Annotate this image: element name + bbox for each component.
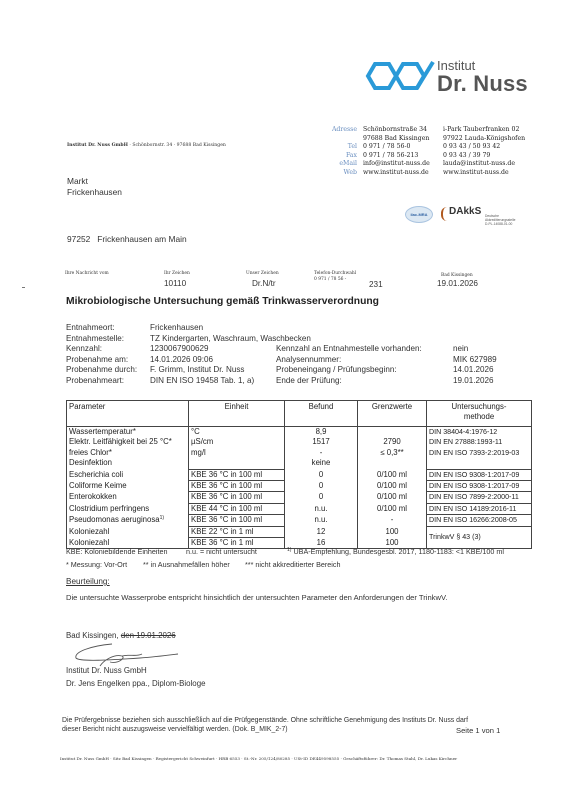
disclaimer-line1: Die Prüfergebnisse beziehen sich ausschl… [62, 716, 532, 725]
assessment-heading: Beurteilung: [66, 577, 110, 586]
contact-label: eMail [325, 160, 357, 169]
hexagon-molecule-icon [365, 58, 435, 94]
institute-logo: Institut Dr. Nuss [365, 56, 555, 98]
our-ref-value: Dr.N/tr [252, 279, 276, 288]
legend-uba-sup: 1) [287, 547, 291, 553]
phone-prefix: 0 971 / 78 56 - [314, 277, 346, 282]
cell-parameter: Pseudomonas aeruginosa1) [67, 515, 189, 526]
footnote-marker: 1) [160, 515, 164, 521]
header-parameter: Parameter [67, 401, 189, 427]
cell-unit: KBE 36 °C in 100 ml [189, 515, 285, 526]
sender-company: Institut Dr. Nuss GmbH [67, 143, 128, 148]
cell-unit: KBE 36 °C in 100 ml [189, 469, 285, 480]
legend-uba: 1) UBA-Empfehlung, Bundesgesbl. 2017, 11… [287, 547, 504, 556]
meta-label: Entnahmeort: [66, 323, 137, 334]
cell-limit: 0/100 ml [358, 492, 427, 503]
cell-unit: °C [189, 427, 285, 438]
logo-line2: Dr. Nuss [437, 71, 528, 97]
cell-parameter: Wassertemperatur* [67, 427, 189, 438]
cell-limit: 2790 [358, 437, 427, 447]
cell-limit [358, 458, 427, 469]
branch-email[interactable]: lauda@institut-nuss.de [443, 160, 563, 169]
signature-place: Bad Kissingen, [66, 631, 121, 640]
meta-label: Kennzahl: [66, 344, 137, 355]
meta-value-code-present: nein [453, 344, 497, 355]
cell-method: DIN 38404-4:1976-12 [427, 427, 532, 438]
header-method: Untersuchungs-methode [427, 401, 532, 427]
company-footer: Institut Dr. Nuss GmbH · Sitz Bad Kissin… [60, 756, 457, 761]
cell-result: keine [285, 458, 358, 469]
cell-parameter: freies Chlor* [67, 448, 189, 458]
cell-parameter: Koloniezahl [67, 526, 189, 537]
assessment-text: Die untersuchte Wasserprobe entspricht h… [66, 593, 447, 602]
branch-fax: 0 93 43 / 39 79 [443, 152, 563, 161]
cell-method: DIN EN ISO 7393-2:2019-03 [427, 448, 532, 458]
signature-company: Institut Dr. Nuss GmbH [66, 666, 147, 675]
dakks-logo: DAkkS [449, 206, 481, 217]
sender-line: Institut Dr. Nuss GmbH · Schönbornstr. 3… [67, 143, 226, 148]
contact-label [325, 135, 357, 144]
meta-label: Ende der Prüfung: [276, 376, 422, 387]
cell-result: 12 [285, 526, 358, 537]
contact-labels: Adresse Tel Fax eMail Web [325, 126, 357, 178]
contact-label: Fax [325, 152, 357, 161]
recipient-line2: Frickenhausen [67, 187, 122, 198]
cell-limit: 0/100 ml [358, 481, 427, 492]
table-row: freies Chlor*mg/l-≤ 0,3**DIN EN ISO 7393… [67, 448, 532, 458]
signature-person: Dr. Jens Engelken ppa., Diplom-Biologe [66, 679, 205, 688]
legend-star1: * Messung: Vor-Ort [66, 560, 127, 569]
your-message-label: Ihre Nachricht vom [65, 271, 109, 276]
cell-method [427, 458, 532, 469]
phone-extension: 231 [369, 280, 383, 289]
letter-date: 19.01.2026 [437, 279, 478, 288]
table-row: EnterokokkenKBE 36 °C in 100 ml00/100 ml… [67, 492, 532, 503]
cell-unit: mg/l [189, 448, 285, 458]
cell-result: n.u. [285, 503, 358, 514]
contact-label: Web [325, 169, 357, 178]
fold-mark [22, 287, 25, 288]
sample-meta-labels: Entnahmeort: Entnahmestelle: Kennzahl: P… [66, 323, 137, 387]
cell-method: DIN EN ISO 9308-1:2017-09 [427, 481, 532, 492]
cell-result: n.u. [285, 515, 358, 526]
branch-office-contact: i-Park Tauberfranken 02 97922 Lauda-Köni… [443, 126, 563, 178]
header-method-line2: methode [464, 412, 494, 421]
table-row: Elektr. Leitfähigkeit bei 25 °C*µS/cm151… [67, 437, 532, 447]
phone-label: Telefon-Durchwahl [314, 271, 356, 276]
cell-parameter: Coliforme Keime [67, 481, 189, 492]
recipient-address: Markt Frickenhausen [67, 176, 122, 198]
sender-address: · Schönbornstr. 34 · 97688 Bad Kissingen [128, 143, 226, 148]
cell-unit: KBE 22 °C in 1 ml [189, 526, 285, 537]
recipient-line1: Markt [67, 176, 122, 187]
dakks-sub3: D-PL-14088-01-00 [485, 222, 515, 226]
cell-result: 8,9 [285, 427, 358, 438]
cell-method: DIN EN 27888:1993-11 [427, 437, 532, 447]
table-header-row: Parameter Einheit Befund Grenzwerte Unte… [67, 401, 532, 427]
dakks-bracket-icon [441, 207, 449, 221]
meta-value-analysis-number: MIK 627989 [453, 355, 497, 366]
your-ref-value: 10110 [164, 279, 186, 288]
analysis-meta-labels: Kennzahl an Entnahmestelle vorhanden: An… [276, 344, 422, 386]
cell-limit: - [358, 515, 427, 526]
legend-uba-text: UBA-Empfehlung, Bundesgesbl. 2017, 1180-… [293, 547, 504, 556]
legend-star3: *** nicht akkreditierter Bereich [245, 560, 340, 569]
cell-limit: 0/100 ml [358, 469, 427, 480]
cell-parameter: Elektr. Leitfähigkeit bei 25 °C* [67, 437, 189, 447]
table-row: Desinfektionkeine [67, 458, 532, 469]
cell-method: DIN EN ISO 16266:2008-05 [427, 515, 532, 526]
meta-label: Analysennummer: [276, 355, 422, 366]
cell-limit: ≤ 0,3** [358, 448, 427, 458]
table-row: Clostridium perfringensKBE 44 °C in 100 … [67, 503, 532, 514]
cell-parameter: Enterokokken [67, 492, 189, 503]
table-row: Wassertemperatur*°C8,9DIN 38404-4:1976-1… [67, 427, 532, 438]
your-ref-label: Ihr Zeichen [164, 271, 190, 276]
table-row: Coliforme KeimeKBE 36 °C in 100 ml00/100… [67, 481, 532, 492]
header-result: Befund [285, 401, 358, 427]
table-row: Escherichia coliKBE 36 °C in 100 ml00/10… [67, 469, 532, 480]
legend-star2: ** in Ausnahmefällen höher [143, 560, 230, 569]
branch-street: i-Park Tauberfranken 02 [443, 126, 563, 135]
header-method-line1: Untersuchungs- [451, 402, 506, 411]
cell-result: 0 [285, 469, 358, 480]
contact-label: Tel [325, 143, 357, 152]
cell-method: TrinkwV § 43 (3) [427, 526, 532, 549]
dakks-subtitle: Deutsche Akkreditierungsstelle D-PL-1408… [485, 214, 515, 226]
legend-kbe: KBE: Koloniebildende Einheiten [66, 547, 168, 556]
meta-value-location: Frickenhausen [150, 323, 311, 334]
ilac-mra-logo: ilac-MRA [405, 206, 433, 223]
meta-label: Probenahme am: [66, 355, 137, 366]
cell-method: DIN EN ISO 9308-1:2017-09 [427, 469, 532, 480]
cell-unit [189, 458, 285, 469]
legend-nu: n.u. = nicht untersucht [186, 547, 257, 556]
cell-limit: 0/100 ml [358, 503, 427, 514]
cell-parameter: Escherichia coli [67, 469, 189, 480]
meta-value-test-start: 14.01.2026 [453, 365, 497, 376]
page-number: Seite 1 von 1 [456, 726, 500, 735]
cell-result: - [285, 448, 358, 458]
meta-label: Probenahmeart: [66, 376, 137, 387]
cell-unit: µS/cm [189, 437, 285, 447]
branch-web[interactable]: www.institut-nuss.de [443, 169, 563, 178]
cell-method: DIN EN ISO 7899-2:2000-11 [427, 492, 532, 503]
header-limit: Grenzwerte [358, 401, 427, 427]
signature-place-date: Bad Kissingen, den 19.01.2026 [66, 631, 176, 640]
cell-result: 1517 [285, 437, 358, 447]
cell-limit: 100 [358, 526, 427, 537]
branch-phone: 0 93 43 / 50 93 42 [443, 143, 563, 152]
report-title: Mikrobiologische Untersuchung gemäß Trin… [66, 296, 379, 307]
place-label: Bad Kissingen [441, 273, 473, 278]
cell-method: DIN EN ISO 14189:2016-11 [427, 503, 532, 514]
accreditation-logos: ilac-MRA DAkkS Deutsche Akkreditierungss… [405, 206, 555, 228]
table-row: KoloniezahlKBE 22 °C in 1 ml12100TrinkwV… [67, 526, 532, 537]
results-table: Parameter Einheit Befund Grenzwerte Unte… [66, 400, 532, 549]
signature-struck-date: den 19.01.2026 [121, 631, 176, 640]
cell-parameter: Clostridium perfringens [67, 503, 189, 514]
our-ref-label: Unser Zeichen [246, 271, 279, 276]
analysis-meta-values: nein MIK 627989 14.01.2026 19.01.2026 [453, 344, 497, 386]
cell-unit: KBE 44 °C in 100 ml [189, 503, 285, 514]
contact-label: Adresse [325, 126, 357, 135]
cell-unit: KBE 36 °C in 100 ml [189, 481, 285, 492]
recipient-city: 97252 Frickenhausen am Main [67, 234, 187, 244]
header-unit: Einheit [189, 401, 285, 427]
table-row: Pseudomonas aeruginosa1)KBE 36 °C in 100… [67, 515, 532, 526]
meta-value-sampling-point: TZ Kindergarten, Waschraum, Waschbecken [150, 334, 311, 345]
meta-label: Probeneingang / Prüfungsbeginn: [276, 365, 422, 376]
cell-result: 0 [285, 492, 358, 503]
meta-label: Probenahme durch: [66, 365, 137, 376]
cell-limit [358, 427, 427, 438]
cell-result: 0 [285, 481, 358, 492]
branch-city: 97922 Lauda-Königshofen [443, 135, 563, 144]
parameter-text: Pseudomonas aeruginosa [69, 515, 160, 524]
meta-value-test-end: 19.01.2026 [453, 376, 497, 387]
meta-label: Kennzahl an Entnahmestelle vorhanden: [276, 344, 422, 355]
cell-unit: KBE 36 °C in 100 ml [189, 492, 285, 503]
cell-parameter: Desinfektion [67, 458, 189, 469]
meta-label: Entnahmestelle: [66, 334, 137, 345]
